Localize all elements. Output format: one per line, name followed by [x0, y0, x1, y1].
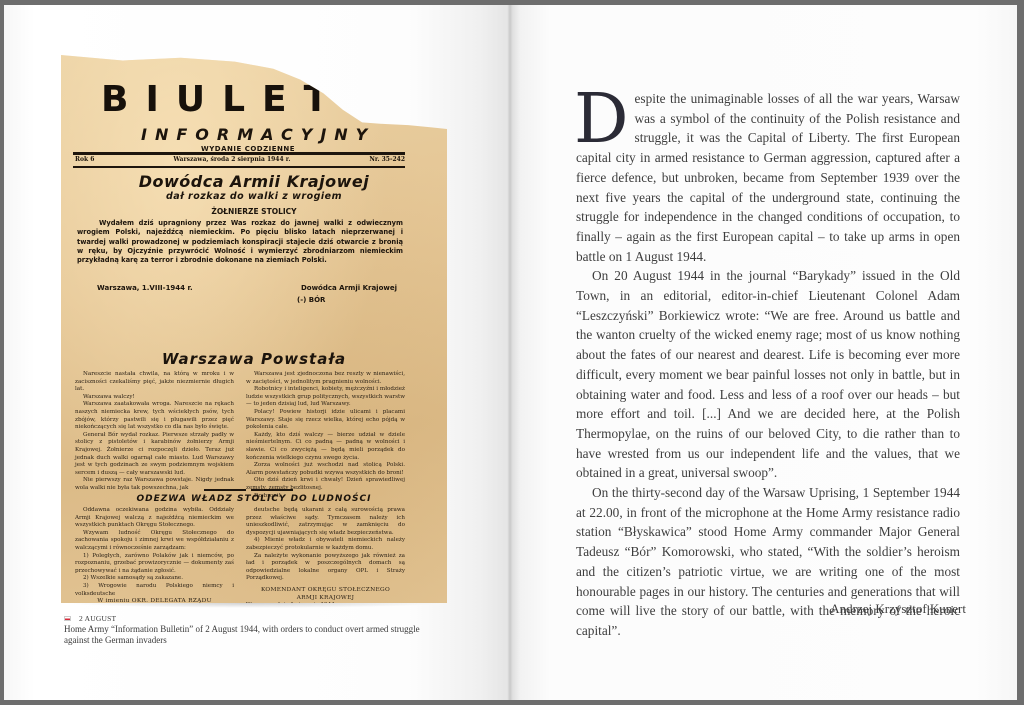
headline-warsaw-rose: Warszawa Powstała	[61, 350, 447, 368]
issue-year: Rok 6	[75, 156, 94, 163]
article-paragraph: Nareszcie nastała chwila, na którą w mro…	[75, 371, 234, 394]
caption-date: 2 AUGUST	[79, 614, 116, 623]
newspaper-clipping: BIULET INFORMACYJNY WYDANIE CODZIENNE Ro…	[61, 55, 447, 603]
article-column: Oddawna oczekiwana godzina wybiła. Oddzi…	[75, 507, 234, 603]
author-signature: Andrzej Krzysztof Kunert	[830, 601, 966, 617]
article-paragraph: Wzywam ludność Okręgu Stołecznego do zac…	[75, 530, 234, 553]
article-paragraph: 1) Poległych, zarówno Polaków jak i niem…	[75, 553, 234, 576]
newspaper-subtitle: INFORMACYJNY	[141, 125, 375, 144]
masthead-rule-top	[73, 152, 405, 155]
article-column: deutsche będą ukarani z całą surowością …	[246, 507, 405, 603]
drop-cap: D	[574, 93, 629, 147]
appeal-signatory: KOMENDANT OKRĘGU STOŁECZNEGO	[246, 587, 405, 595]
book-spine	[507, 5, 513, 700]
essay-paragraph-1: Despite the unimaginable losses of all t…	[576, 89, 960, 266]
essay-paragraph-3: On the thirty-second day of the Warsaw U…	[576, 483, 960, 641]
caption-text: Home Army “Information Bulletin” of 2 Au…	[64, 624, 424, 646]
newspaper-masthead: BIULET	[101, 82, 345, 118]
article-paragraph: Robotnicy i inteligenci, kobiety, mężczy…	[246, 386, 405, 409]
article-paragraph: Zorza wolności już wschodzi nad stolicą …	[246, 462, 405, 477]
order-signature: (-) BÓR	[297, 296, 325, 304]
essay-paragraph-2: On 20 August 1944 in the journal “Baryka…	[576, 266, 960, 483]
article-paragraph: Oddawna oczekiwana godzina wybiła. Oddzi…	[75, 507, 234, 530]
order-text: Wydałem dziś upragniony przez Was rozkaz…	[77, 219, 403, 265]
appeal-date: Warszawa dnia 1 sierpnia 1944 r.	[246, 602, 405, 603]
figure-caption: 2 AUGUST Home Army “Information Bulletin…	[64, 614, 424, 646]
order-address: ŻOŁNIERZE STOLICY	[61, 207, 447, 216]
headline-commander: Dowódca Armii Krajowej	[61, 172, 447, 191]
article-paragraph: Polacy! Powiew historji idzie ulicami i …	[246, 409, 405, 432]
order-signature-line: Warszawa, 1.VIII-1944 r. Dowódca Armji K…	[97, 284, 397, 292]
article-column: Nareszcie nastała chwila, na którą w mro…	[75, 371, 234, 500]
issue-date: Warszawa, środa 2 sierpnia 1944 r.	[173, 156, 290, 163]
masthead-rule-bottom	[73, 166, 405, 168]
article-paragraph: 4) Mienie władz i obywateli niemieckich …	[246, 537, 405, 552]
article-paragraph: Warszawa walczy!	[75, 394, 234, 402]
article-paragraph: deutsche będą ukarani z całą surowością …	[246, 507, 405, 537]
section-divider	[251, 489, 293, 491]
order-place-date: Warszawa, 1.VIII-1944 r.	[97, 284, 193, 292]
headline-commander-sub: dał rozkaz do walki z wrogiem	[61, 191, 447, 202]
essay-body: Despite the unimaginable losses of all t…	[576, 89, 960, 641]
article-paragraph: Warszawa jest zjednoczona bez reszty w n…	[246, 371, 405, 386]
issue-number: Nr. 35-242	[369, 156, 405, 163]
article-paragraph: 2) Wszelkie samosądy są zakazane.	[75, 575, 234, 583]
section-divider	[204, 489, 246, 491]
article-paragraph: Generał Bór wydał rozkaz. Pierwsze strza…	[75, 432, 234, 478]
polish-flag-icon	[64, 616, 71, 621]
article-paragraph: Za należyte wykonanie powyższego jak rów…	[246, 553, 405, 583]
article-warsaw-rose: Nareszcie nastała chwila, na którą w mro…	[75, 371, 405, 500]
article-appeal: Oddawna oczekiwana godzina wybiła. Oddzi…	[75, 507, 405, 603]
newspaper-dateline: Rok 6 Warszawa, środa 2 sierpnia 1944 r.…	[75, 156, 405, 163]
caption-header: 2 AUGUST	[64, 614, 424, 623]
article-paragraph: 3) Wrogowie narodu Polskiego niemcy i vo…	[75, 583, 234, 598]
order-signatory: Dowódca Armji Krajowej	[301, 284, 397, 292]
article-column: Warszawa jest zjednoczona bez reszty w n…	[246, 371, 405, 500]
paragraph-text: espite the unimaginable losses of all th…	[576, 91, 960, 264]
article-paragraph: Każdy, kto dziś walczy — bierze udział w…	[246, 432, 405, 462]
article-paragraph: Warszawa zaatakowała wroga. Nareszcie na…	[75, 401, 234, 431]
appeal-signatory: W imieniu OKR. DELEGATA RZĄDU	[75, 598, 234, 603]
headline-appeal: ODEZWA WŁADZ STOLICY DO LUDNOŚCI	[61, 494, 447, 504]
appeal-signatory: ARMJI KRAJOWEJ	[246, 595, 405, 603]
